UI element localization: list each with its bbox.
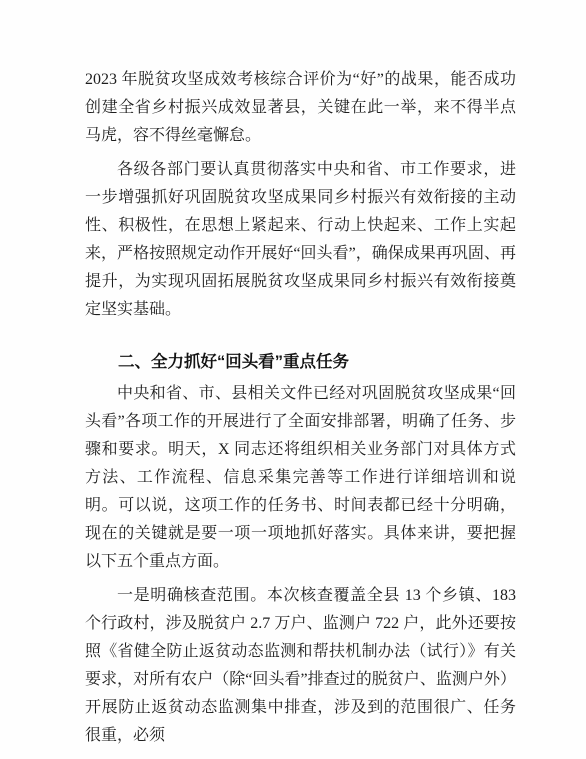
paragraph: 一是明确核查范围。本次核查覆盖全县 13 个乡镇、183 个行政村，涉及脱贫户 … <box>85 582 516 750</box>
paragraph-continuation: 2023 年脱贫攻坚成效考核综合评价为“好”的战果，能否成功创建全省乡村振兴成效… <box>85 66 516 150</box>
section-heading: 二、全力抓好“回头看”重点任务 <box>85 348 516 376</box>
paragraph: 各级各部门要认真贯彻落实中央和省、市工作要求，进一步增强抓好巩固脱贫攻坚成果同乡… <box>85 156 516 324</box>
document-page: 2023 年脱贫攻坚成效考核综合评价为“好”的战果，能否成功创建全省乡村振兴成效… <box>0 0 586 759</box>
paragraph: 中央和省、市、县相关文件已经对巩固脱贫攻坚成果“回头看”各项工作的开展进行了全面… <box>85 380 516 576</box>
